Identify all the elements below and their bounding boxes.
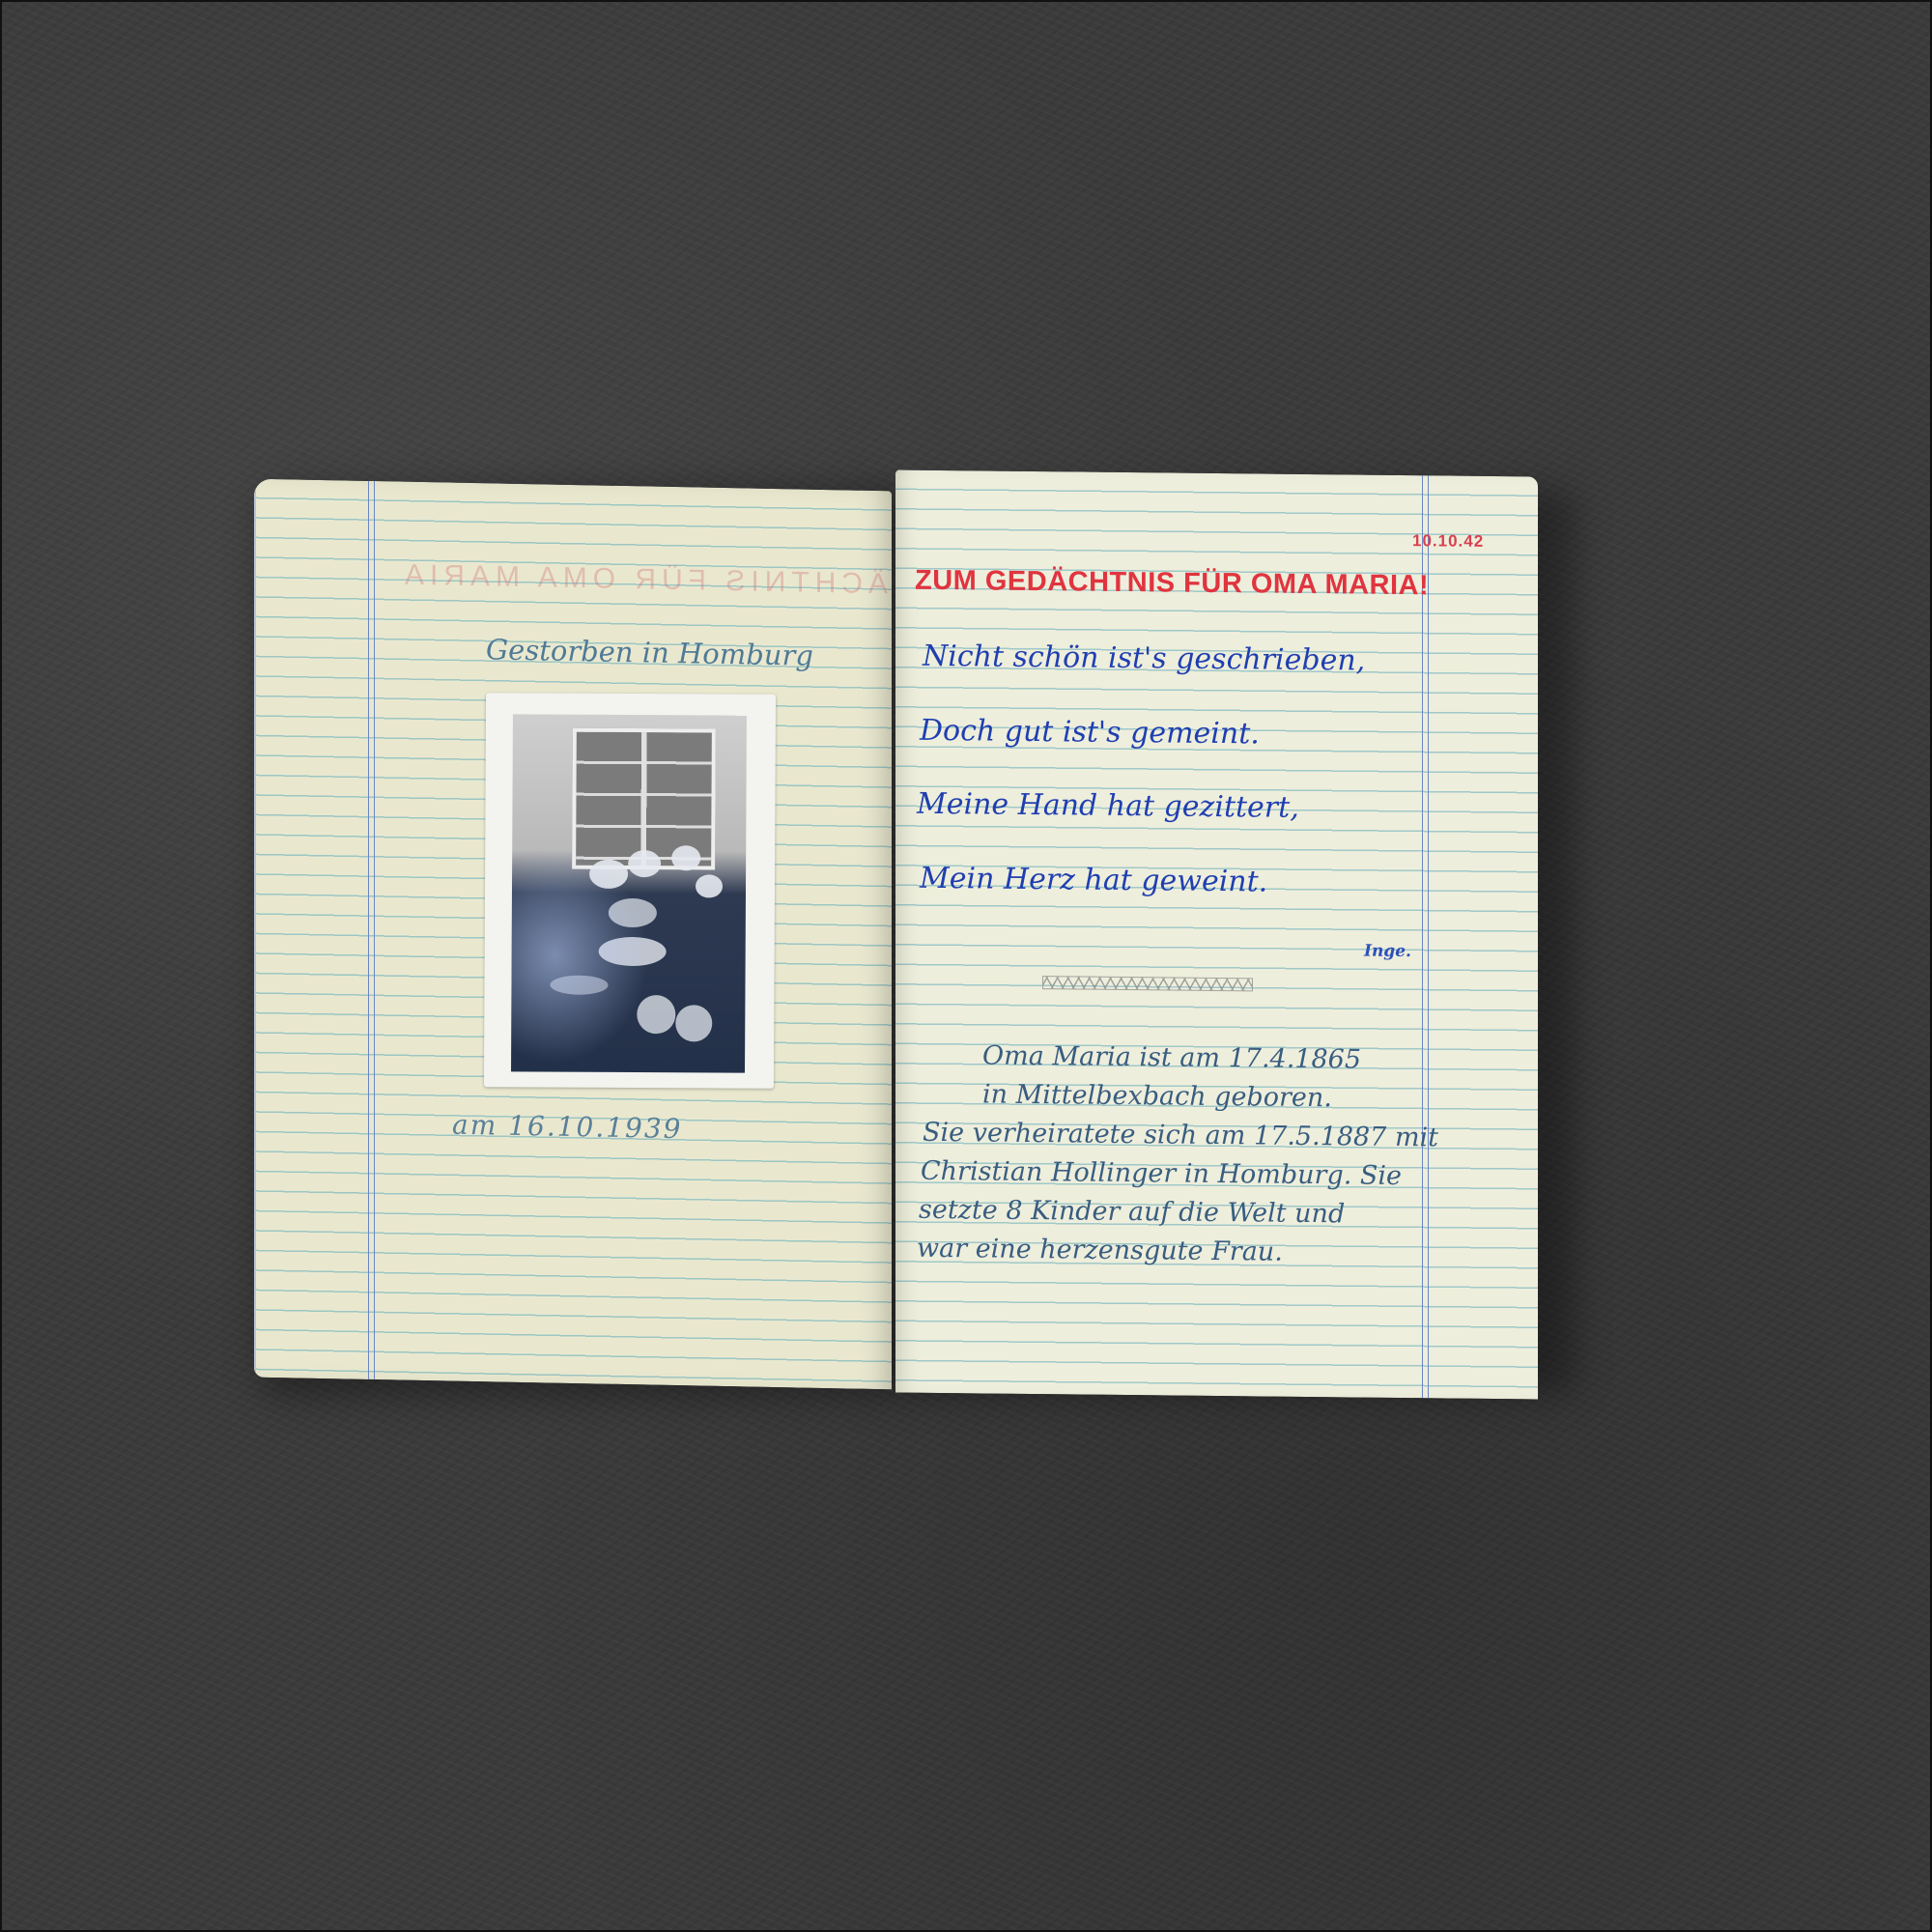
bleed-through-title: ZUM GEDÄCHTNIS FÜR OMA MARIA — [399, 559, 892, 605]
biography-line: war eine herzensgute Frau. — [917, 1234, 1283, 1267]
biography-line: in Mittelbexbach geboren. — [982, 1079, 1332, 1113]
page-title: ZUM GEDÄCHTNIS FÜR OMA MARIA! — [915, 565, 1429, 603]
biography-line: Oma Maria ist am 17.4.1865 — [982, 1040, 1361, 1074]
biography-line: Sie verheiratete sich am 17.5.1887 mit — [923, 1118, 1438, 1153]
biography-line: Christian Hollinger in Homburg. Sie — [921, 1156, 1402, 1191]
poem-line: Nicht schön ist's geschrieben, — [923, 639, 1365, 678]
margin-line — [1422, 475, 1429, 1398]
death-place-caption: Gestorben in Homburg — [486, 633, 813, 672]
poem-line: Meine Hand hat gezittert, — [917, 787, 1299, 825]
entry-date: 10.10.42 — [1412, 531, 1484, 552]
zigzag-divider — [1042, 976, 1253, 991]
death-date: am 16.10.1939 — [452, 1109, 682, 1146]
photo-glare — [511, 839, 657, 1072]
right-page: 10.10.42 ZUM GEDÄCHTNIS FÜR OMA MARIA! N… — [895, 470, 1538, 1400]
photo-image — [511, 714, 747, 1072]
margin-line — [368, 481, 375, 1379]
poem-line: Mein Herz hat geweint. — [920, 862, 1267, 899]
notebook-cover-edge — [254, 479, 256, 1378]
signature: Inge. — [1364, 942, 1411, 962]
biography-line: setzte 8 Kinder auf die Welt und — [919, 1195, 1345, 1230]
memorial-photo — [484, 693, 776, 1089]
poem-line: Doch gut ist's gemeint. — [920, 714, 1260, 752]
